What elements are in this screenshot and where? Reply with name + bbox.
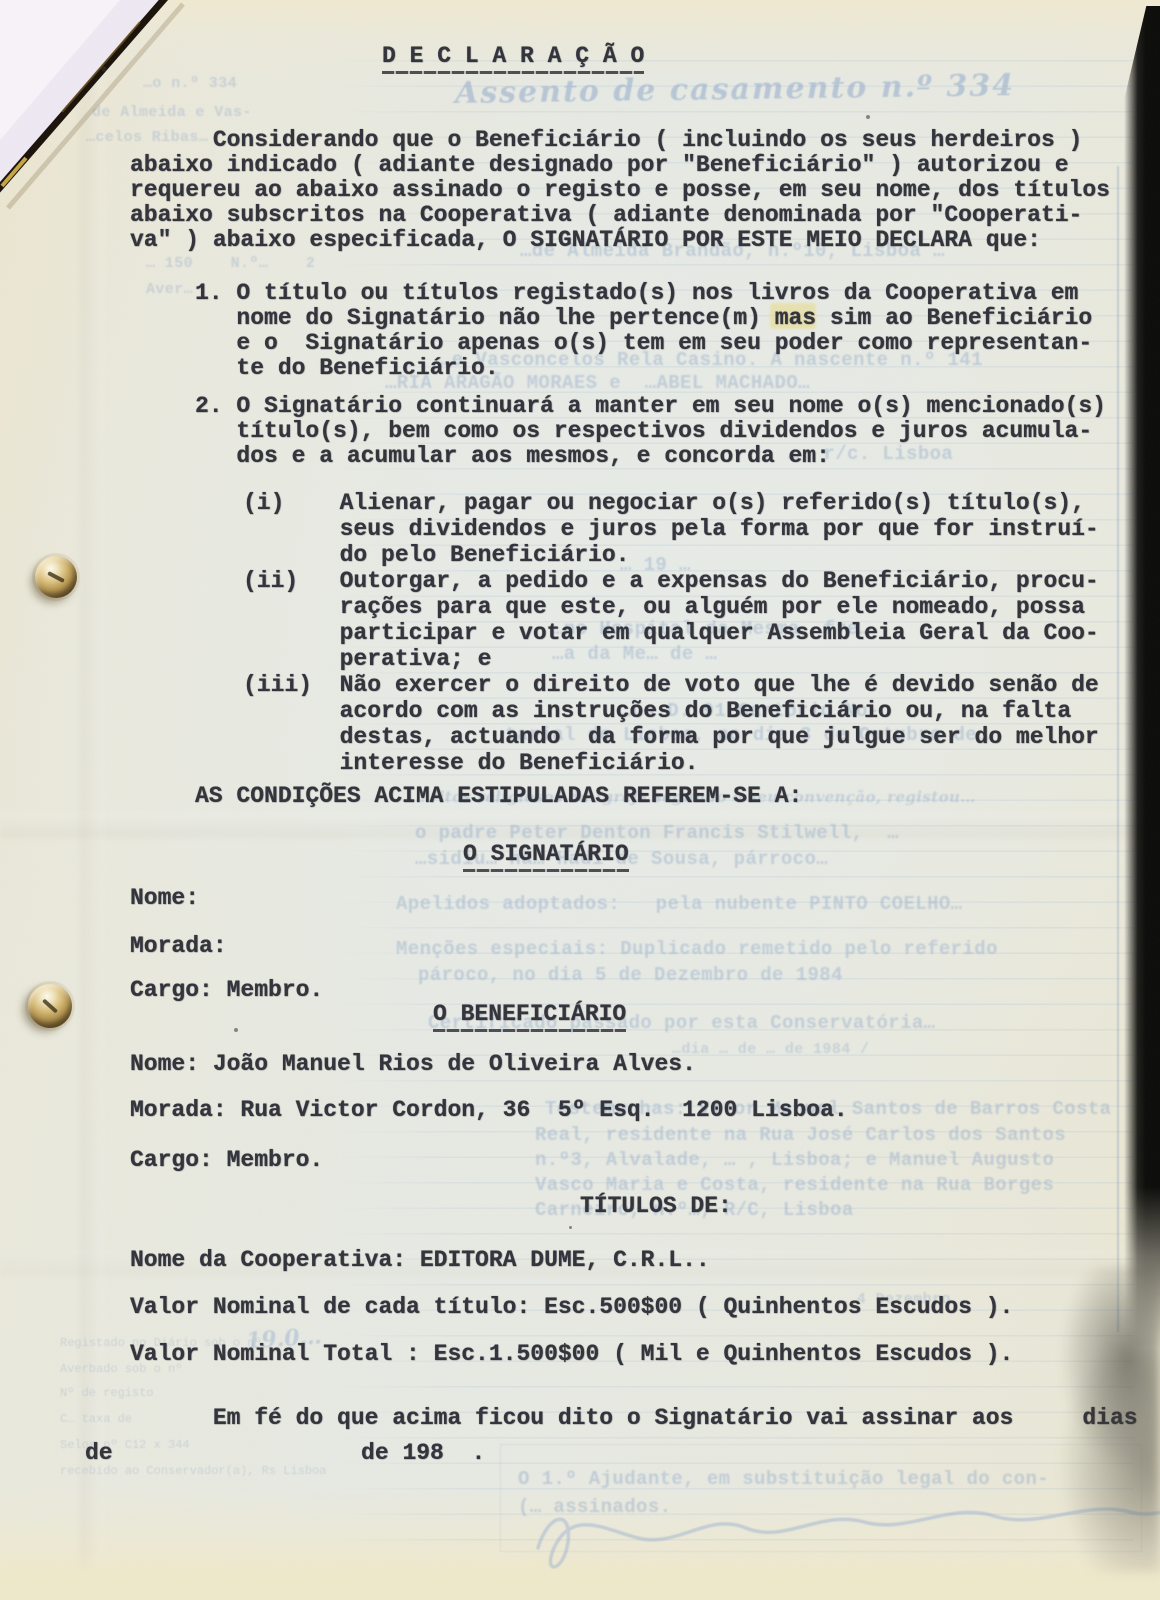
cooperative-name-line: Nome da Cooperativa: EDITORA DUME, C.R.L… xyxy=(130,1248,710,1273)
ink-speck xyxy=(234,1028,238,1032)
titles-heading: TÍTULOS DE: xyxy=(580,1194,732,1219)
ink-speck xyxy=(569,1226,572,1229)
signatory-role-line: Cargo: Membro. xyxy=(130,978,323,1003)
nominal-value-total-line: Valor Nominal Total : Esc.1.500$00 ( Mil… xyxy=(130,1342,1013,1367)
document-title: D E C L A R A Ç Ã O xyxy=(382,44,644,74)
subclauses: (i) Alienar, pagar ou negociar o(s) refe… xyxy=(243,490,1099,776)
clause-1: 1. O título ou títulos registado(s) nos … xyxy=(195,281,1092,381)
closing-sentence: Em fé do que acima ficou dito o Signatár… xyxy=(130,1406,1138,1431)
beneficiary-heading: O BENEFICIÁRIO xyxy=(433,1002,626,1032)
beneficiary-name-line: Nome: João Manuel Rios de Oliveira Alves… xyxy=(130,1052,696,1077)
nominal-value-each-line: Valor Nominal de cada título: Esc.500$00… xyxy=(130,1295,1013,1320)
signatory-heading: O SIGNATÁRIO xyxy=(463,842,629,872)
clause-2: 2. O Signatário continuará a manter em s… xyxy=(195,394,1106,469)
conditions-heading: AS CONDIÇÕES ACIMA ESTIPULADAS REFEREM-S… xyxy=(195,784,802,809)
ink-speck xyxy=(866,115,870,119)
beneficiary-role-line: Cargo: Membro. xyxy=(130,1148,323,1173)
page-corner-fold xyxy=(0,0,220,240)
closing-date-line: de de 198 . xyxy=(85,1441,485,1466)
beneficiary-address-line: Morada: Rua Victor Cordon, 36 5º Esq. 12… xyxy=(130,1098,848,1123)
scan-edge-shadow xyxy=(1124,6,1160,1348)
signatory-name-label: Nome: xyxy=(130,886,199,911)
binder-fastener-icon xyxy=(35,556,77,598)
signatory-address-label: Morada: xyxy=(130,934,227,959)
intro-paragraph: Considerando que o Beneficiário ( inclui… xyxy=(130,128,1110,253)
scan-corner-smudge xyxy=(1014,1266,1160,1572)
scanned-document-page: …o n.º 334 de Almeida e Vas- …celos Riba… xyxy=(0,0,1160,1600)
